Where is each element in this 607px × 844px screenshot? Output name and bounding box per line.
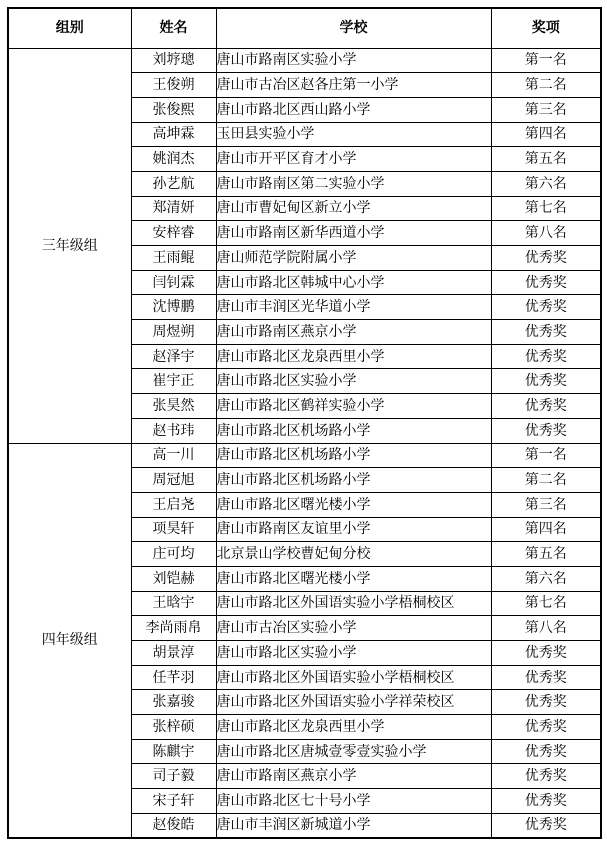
award-cell: 第四名 — [491, 122, 601, 147]
award-cell: 优秀奖 — [491, 813, 601, 838]
student-name-cell: 胡景淳 — [131, 641, 216, 666]
header-school: 学校 — [216, 8, 491, 48]
table-body: 三年级组刘垿璁唐山市路南区实验小学第一名王俊朔唐山市古冶区赵各庄第一小学第二名张… — [8, 48, 601, 838]
award-cell: 第三名 — [491, 492, 601, 517]
student-name-cell: 王启尧 — [131, 492, 216, 517]
header-row: 组别 姓名 学校 奖项 — [8, 8, 601, 48]
student-name-cell: 高坤霖 — [131, 122, 216, 147]
school-cell: 唐山市路北区曙光楼小学 — [216, 566, 491, 591]
award-cell: 第八名 — [491, 616, 601, 641]
award-cell: 优秀奖 — [491, 641, 601, 666]
student-name-cell: 李尚雨帛 — [131, 616, 216, 641]
school-cell: 唐山市丰润区新城道小学 — [216, 813, 491, 838]
school-cell: 唐山市路北区龙泉西里小学 — [216, 344, 491, 369]
student-name-cell: 姚润杰 — [131, 147, 216, 172]
group-label-cell: 三年级组 — [8, 48, 131, 443]
student-name-cell: 刘垿璁 — [131, 48, 216, 73]
student-name-cell: 高一川 — [131, 443, 216, 468]
award-cell: 优秀奖 — [491, 418, 601, 443]
award-cell: 优秀奖 — [491, 739, 601, 764]
school-cell: 唐山市路北区唐城壹零壹实验小学 — [216, 739, 491, 764]
school-cell: 唐山市路北区实验小学 — [216, 369, 491, 394]
school-cell: 唐山市路南区燕京小学 — [216, 764, 491, 789]
header-name: 姓名 — [131, 8, 216, 48]
header-award: 奖项 — [491, 8, 601, 48]
school-cell: 唐山市路北区鹤祥实验小学 — [216, 394, 491, 419]
school-cell: 唐山市路北区机场路小学 — [216, 443, 491, 468]
table-row: 四年级组高一川唐山市路北区机场路小学第一名 — [8, 443, 601, 468]
award-cell: 第七名 — [491, 196, 601, 221]
student-name-cell: 宋子轩 — [131, 789, 216, 814]
award-cell: 第五名 — [491, 542, 601, 567]
school-cell: 唐山市路南区实验小学 — [216, 48, 491, 73]
school-cell: 唐山市曹妃甸区新立小学 — [216, 196, 491, 221]
student-name-cell: 王俊朔 — [131, 73, 216, 98]
school-cell: 唐山市路北区韩城中心小学 — [216, 270, 491, 295]
student-name-cell: 庄可均 — [131, 542, 216, 567]
student-name-cell: 张俊熙 — [131, 97, 216, 122]
award-cell: 第三名 — [491, 97, 601, 122]
school-cell: 唐山市路南区燕京小学 — [216, 320, 491, 345]
student-name-cell: 张梓硕 — [131, 715, 216, 740]
award-cell: 第二名 — [491, 73, 601, 98]
award-cell: 优秀奖 — [491, 394, 601, 419]
award-cell: 优秀奖 — [491, 295, 601, 320]
group-label-cell: 四年级组 — [8, 443, 131, 838]
awards-table: 组别 姓名 学校 奖项 三年级组刘垿璁唐山市路南区实验小学第一名王俊朔唐山市古冶… — [7, 7, 602, 839]
student-name-cell: 赵俊皓 — [131, 813, 216, 838]
student-name-cell: 沈博鹏 — [131, 295, 216, 320]
award-cell: 优秀奖 — [491, 715, 601, 740]
student-name-cell: 周煜朔 — [131, 320, 216, 345]
award-cell: 第四名 — [491, 517, 601, 542]
school-cell: 唐山市路南区新华西道小学 — [216, 221, 491, 246]
student-name-cell: 安梓睿 — [131, 221, 216, 246]
student-name-cell: 王雨鲲 — [131, 246, 216, 271]
school-cell: 唐山市路北区龙泉西里小学 — [216, 715, 491, 740]
school-cell: 唐山市路北区外国语实验小学梧桐校区 — [216, 591, 491, 616]
award-cell: 第七名 — [491, 591, 601, 616]
student-name-cell: 司子毅 — [131, 764, 216, 789]
school-cell: 唐山市路北区实验小学 — [216, 641, 491, 666]
student-name-cell: 崔宇正 — [131, 369, 216, 394]
award-cell: 第二名 — [491, 468, 601, 493]
award-cell: 优秀奖 — [491, 789, 601, 814]
award-cell: 第六名 — [491, 171, 601, 196]
award-cell: 优秀奖 — [491, 764, 601, 789]
award-cell: 优秀奖 — [491, 270, 601, 295]
school-cell: 唐山市路北区外国语实验小学梧桐校区 — [216, 665, 491, 690]
award-cell: 第一名 — [491, 48, 601, 73]
school-cell: 北京景山学校曹妃甸分校 — [216, 542, 491, 567]
award-cell: 优秀奖 — [491, 690, 601, 715]
student-name-cell: 刘铠赫 — [131, 566, 216, 591]
school-cell: 玉田县实验小学 — [216, 122, 491, 147]
award-cell: 优秀奖 — [491, 665, 601, 690]
student-name-cell: 王晗宇 — [131, 591, 216, 616]
student-name-cell: 赵泽宇 — [131, 344, 216, 369]
school-cell: 唐山市古冶区赵各庄第一小学 — [216, 73, 491, 98]
student-name-cell: 陈麒宇 — [131, 739, 216, 764]
student-name-cell: 闫钊霖 — [131, 270, 216, 295]
school-cell: 唐山市路南区友谊里小学 — [216, 517, 491, 542]
school-cell: 唐山市路北区机场路小学 — [216, 468, 491, 493]
student-name-cell: 孙艺航 — [131, 171, 216, 196]
award-cell: 第六名 — [491, 566, 601, 591]
award-cell: 第五名 — [491, 147, 601, 172]
student-name-cell: 张嘉骏 — [131, 690, 216, 715]
award-cell: 优秀奖 — [491, 369, 601, 394]
school-cell: 唐山市路北区七十号小学 — [216, 789, 491, 814]
student-name-cell: 任芊羽 — [131, 665, 216, 690]
school-cell: 唐山市古冶区实验小学 — [216, 616, 491, 641]
header-group: 组别 — [8, 8, 131, 48]
student-name-cell: 赵书玮 — [131, 418, 216, 443]
award-cell: 优秀奖 — [491, 246, 601, 271]
table-row: 三年级组刘垿璁唐山市路南区实验小学第一名 — [8, 48, 601, 73]
school-cell: 唐山市路北区西山路小学 — [216, 97, 491, 122]
award-cell: 第八名 — [491, 221, 601, 246]
school-cell: 唐山师范学院附属小学 — [216, 246, 491, 271]
student-name-cell: 项昊轩 — [131, 517, 216, 542]
school-cell: 唐山市开平区育才小学 — [216, 147, 491, 172]
school-cell: 唐山市路北区外国语实验小学祥荣校区 — [216, 690, 491, 715]
award-cell: 优秀奖 — [491, 320, 601, 345]
school-cell: 唐山市丰润区光华道小学 — [216, 295, 491, 320]
school-cell: 唐山市路北区曙光楼小学 — [216, 492, 491, 517]
school-cell: 唐山市路北区机场路小学 — [216, 418, 491, 443]
school-cell: 唐山市路南区第二实验小学 — [216, 171, 491, 196]
student-name-cell: 张昊然 — [131, 394, 216, 419]
student-name-cell: 周冠旭 — [131, 468, 216, 493]
award-cell: 优秀奖 — [491, 344, 601, 369]
award-cell: 第一名 — [491, 443, 601, 468]
student-name-cell: 郑清妍 — [131, 196, 216, 221]
table-header: 组别 姓名 学校 奖项 — [8, 8, 601, 48]
